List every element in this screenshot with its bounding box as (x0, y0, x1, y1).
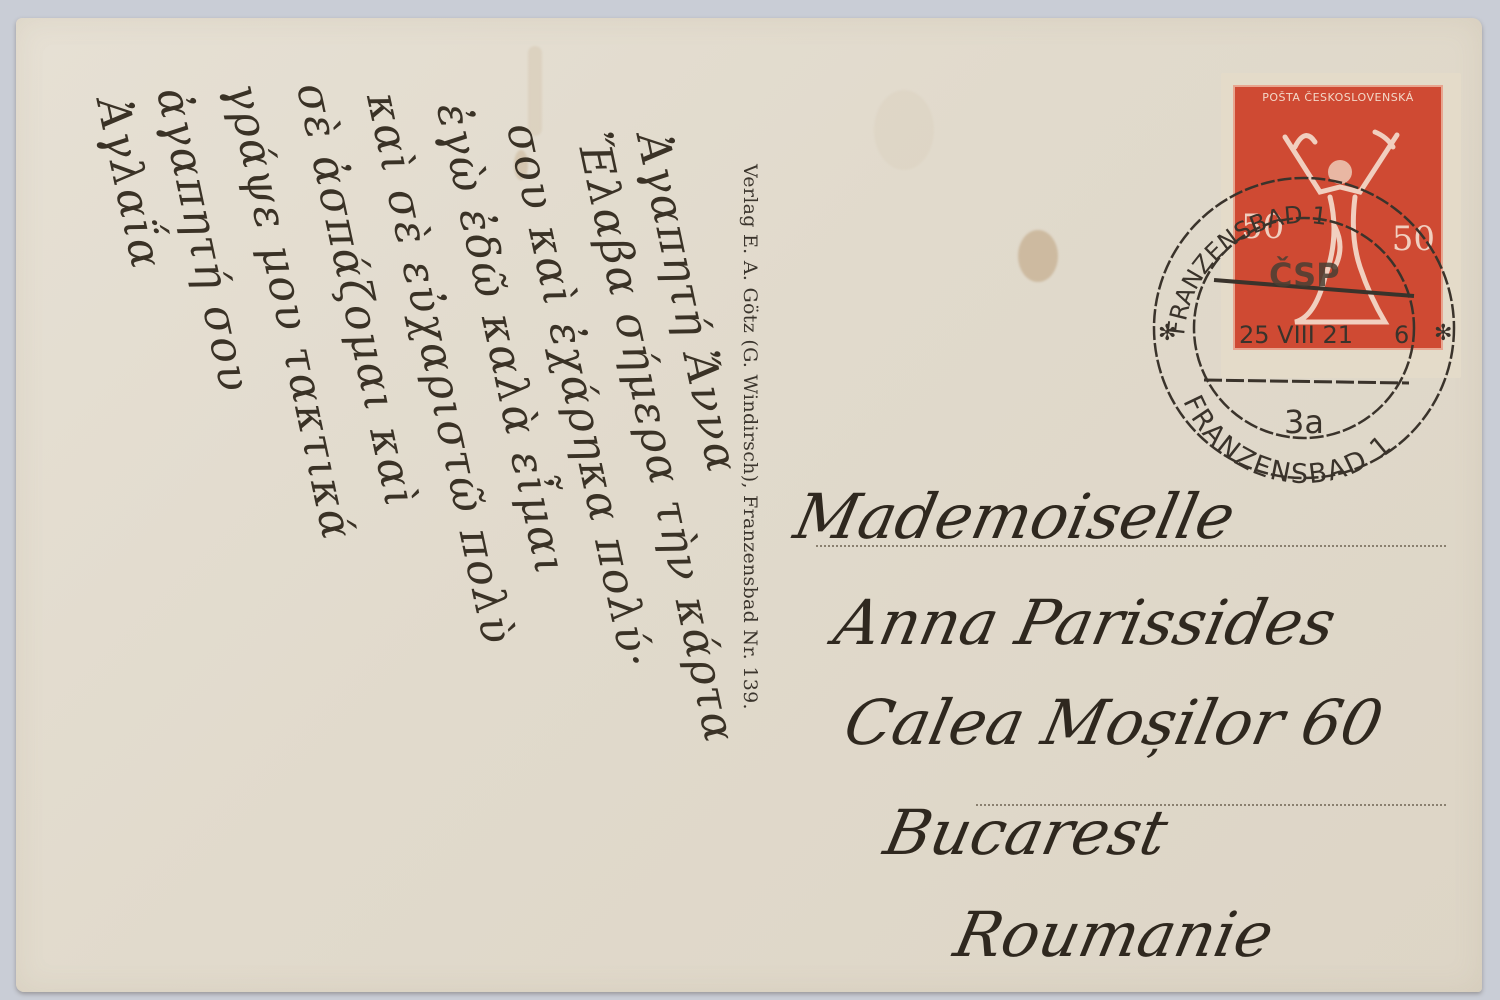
postmark: FRANZENSBAD 1 FRANZENSBAD 1 ČSP 25 VIII … (1144, 168, 1464, 488)
postmark-date: 25 VIII 21 (1239, 321, 1353, 349)
handwritten-message: Ἀγαπητή Ἄννα Ἔλαβα σήμερα τὴν κάρτα σου … (56, 38, 736, 998)
stain (874, 90, 934, 170)
publisher-imprint: Verlag E. A. Götz (G. Windirsch), Franze… (739, 164, 761, 710)
address-line-name: Anna Parissides (828, 586, 1342, 659)
stain (1018, 230, 1058, 282)
stamp-country-text: POŠTA ČESKOSLOVENSKÁ (1235, 91, 1441, 104)
postcard: Ἀγαπητή Ἄννα Ἔλαβα σήμερα τὴν κάρτα σου … (16, 18, 1482, 992)
address-line-city: Bucarest (878, 796, 1174, 869)
address-line-street: Calea Moșilor 60 (838, 686, 1389, 759)
address-line-title: Mademoiselle (788, 480, 1241, 553)
postmark-hour: 6 (1394, 321, 1409, 349)
star-icon: ✻ (1434, 321, 1452, 346)
star-icon: ✻ (1158, 321, 1176, 346)
address-line-country: Roumanie (948, 898, 1280, 971)
postmark-code: 3a (1284, 403, 1324, 441)
postmark-overprint: ČSP (1269, 255, 1340, 294)
